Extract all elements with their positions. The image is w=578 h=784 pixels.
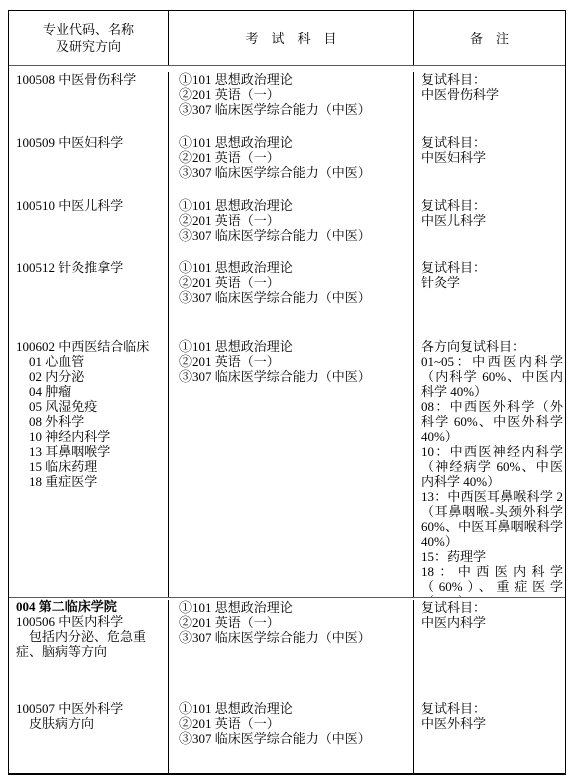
exam-subjects-text: ①101 思想政治理论 ②201 英语（一） ③307 临床医学综合能力（中医） xyxy=(179,198,405,243)
exam-subjects-cell: ①101 思想政治理论 ②201 英语（一） ③307 临床医学综合能力（中医） xyxy=(169,72,414,135)
remarks-text: 复试科目： 中医儿科学 xyxy=(421,198,563,228)
major-text: 100602 中西医结合临床 01 心血管 02 内分泌 04 肿瘤 05 风湿… xyxy=(16,339,163,489)
remarks-cell: 复试科目： 中医儿科学 xyxy=(414,198,565,260)
major-text: 100512 针灸推拿学 xyxy=(16,260,163,275)
page: { "page": { "background": "#ffffff", "bo… xyxy=(0,0,578,784)
admissions-exam-table: 专业代码、名称 及研究方向 考 试 科 目 备 注 100508 中医骨伤科学 … xyxy=(8,10,566,775)
table-row: 100512 针灸推拿学 ①101 思想政治理论 ②201 英语（一） ③307… xyxy=(9,260,565,339)
major-cell: 100510 中医儿科学 xyxy=(9,198,169,260)
major-text: 100510 中医儿科学 xyxy=(16,198,163,213)
remarks-text: 复试科目： 中医外科学 xyxy=(421,701,563,731)
exam-subjects-text: ①101 思想政治理论 ②201 英语（一） ③307 临床医学综合能力（中医） xyxy=(179,339,405,384)
major-cell: 100512 针灸推拿学 xyxy=(9,260,169,339)
table-row: 100509 中医妇科学 ①101 思想政治理论 ②201 英语（一） ③307… xyxy=(9,135,565,198)
table-row: 004 第二临床学院 100506 中医内科学 包括内分泌、危急重症、脑病等方向… xyxy=(9,600,565,701)
remarks-cell: 复试科目： 中医外科学 xyxy=(414,701,565,773)
exam-subjects-cell: ①101 思想政治理论 ②201 英语（一） ③307 临床医学综合能力（中医） xyxy=(169,701,414,773)
remarks-cell: 各方向复试科目： 01~05：中西医内科学（内科学 60%、中医内科学 40%）… xyxy=(414,339,565,598)
major-cell: 100508 中医骨伤科学 xyxy=(9,72,169,135)
exam-subjects-text: ①101 思想政治理论 ②201 英语（一） ③307 临床医学综合能力（中医） xyxy=(179,600,405,645)
remarks-cell: 复试科目： 中医骨伤科学 xyxy=(414,72,565,135)
exam-subjects-cell: ①101 思想政治理论 ②201 英语（一） ③307 临床医学综合能力（中医） xyxy=(169,600,414,701)
remarks-cell: 复试科目： 针灸学 xyxy=(414,260,565,339)
exam-subjects-cell: ①101 思想政治理论 ②201 英语（一） ③307 临床医学综合能力（中医） xyxy=(169,198,414,260)
remarks-text: 复试科目： 中医内科学 xyxy=(421,600,563,630)
exam-subjects-cell: ①101 思想政治理论 ②201 英语（一） ③307 临床医学综合能力（中医） xyxy=(169,135,414,198)
exam-subjects-text: ①101 思想政治理论 ②201 英语（一） ③307 临床医学综合能力（中医） xyxy=(179,135,405,180)
remarks-text: 复试科目： 中医骨伤科学 xyxy=(421,72,563,102)
table-row: 100508 中医骨伤科学 ①101 思想政治理论 ②201 英语（一） ③30… xyxy=(9,72,565,135)
section-first-college: 100508 中医骨伤科学 ①101 思想政治理论 ②201 英语（一） ③30… xyxy=(9,66,565,598)
table-row: 100602 中西医结合临床 01 心血管 02 内分泌 04 肿瘤 05 风湿… xyxy=(9,339,565,598)
remarks-cell: 复试科目： 中医妇科学 xyxy=(414,135,565,198)
table-row: 100510 中医儿科学 ①101 思想政治理论 ②201 英语（一） ③307… xyxy=(9,198,565,260)
major-text: 100506 中医内科学 包括内分泌、危急重症、脑病等方向 xyxy=(16,614,163,659)
exam-subjects-cell: ①101 思想政治理论 ②201 英语（一） ③307 临床医学综合能力（中医） xyxy=(169,339,414,598)
table-row: 100507 中医外科学 皮肤病方向 ①101 思想政治理论 ②201 英语（一… xyxy=(9,701,565,773)
major-cell: 100507 中医外科学 皮肤病方向 xyxy=(9,701,169,773)
section-second-clinical-college: 004 第二临床学院 100506 中医内科学 包括内分泌、危急重症、脑病等方向… xyxy=(9,598,565,773)
header-major-column: 专业代码、名称 及研究方向 xyxy=(9,11,169,65)
remarks-text: 复试科目： 针灸学 xyxy=(421,260,563,290)
major-text: 100509 中医妇科学 xyxy=(16,135,163,150)
section-title: 004 第二临床学院 xyxy=(16,600,163,614)
major-cell: 100509 中医妇科学 xyxy=(9,135,169,198)
major-text: 100508 中医骨伤科学 xyxy=(16,72,163,87)
header-exam-subjects-column: 考 试 科 目 xyxy=(169,11,414,65)
remarks-text: 复试科目： 中医妇科学 xyxy=(421,135,563,165)
header-remarks-column: 备 注 xyxy=(414,11,565,65)
major-cell: 100602 中西医结合临床 01 心血管 02 内分泌 04 肿瘤 05 风湿… xyxy=(9,339,169,598)
exam-subjects-cell: ①101 思想政治理论 ②201 英语（一） ③307 临床医学综合能力（中医） xyxy=(169,260,414,339)
major-cell: 004 第二临床学院 100506 中医内科学 包括内分泌、危急重症、脑病等方向 xyxy=(9,600,169,701)
exam-subjects-text: ①101 思想政治理论 ②201 英语（一） ③307 临床医学综合能力（中医） xyxy=(179,701,405,746)
remarks-cell: 复试科目： 中医内科学 xyxy=(414,600,565,701)
exam-subjects-text: ①101 思想政治理论 ②201 英语（一） ③307 临床医学综合能力（中医） xyxy=(179,72,405,117)
major-text: 100507 中医外科学 皮肤病方向 xyxy=(16,701,163,731)
exam-subjects-text: ①101 思想政治理论 ②201 英语（一） ③307 临床医学综合能力（中医） xyxy=(179,260,405,305)
table-header-row: 专业代码、名称 及研究方向 考 试 科 目 备 注 xyxy=(9,11,565,66)
remarks-text: 各方向复试科目： 01~05：中西医内科学（内科学 60%、中医内科学 40%）… xyxy=(421,339,563,598)
